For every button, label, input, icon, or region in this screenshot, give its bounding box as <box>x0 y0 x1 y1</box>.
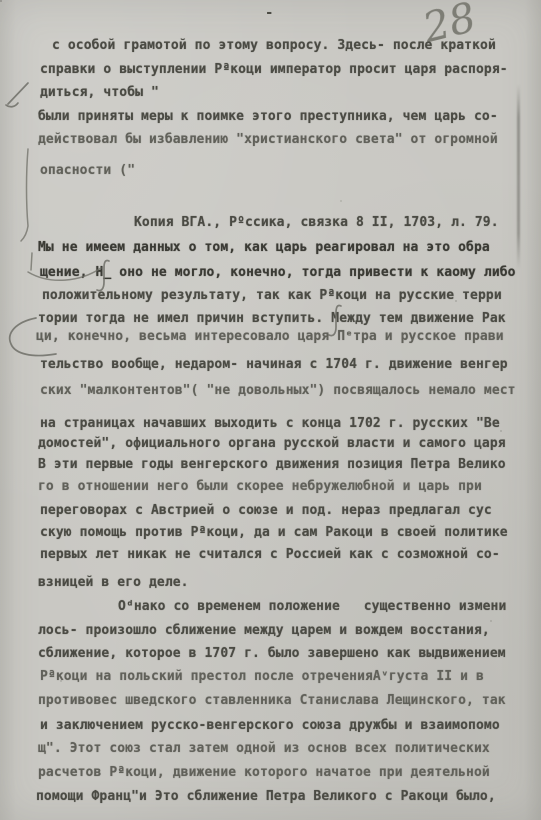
text-line: противовес шведского ставленника Станисл… <box>38 693 506 708</box>
text-line: ских "малконтентов"( "не довольных") пос… <box>40 383 516 398</box>
text-line: переговорах с Австрией о союзе и под. не… <box>40 503 492 518</box>
text-line: диться, чтобы " <box>40 85 159 100</box>
text-line: были приняты меры к поимке этого преступ… <box>38 109 498 124</box>
text-line: тельство вообще, недаром- начиная с 1704… <box>40 357 508 372</box>
text-line: первых лет никак не считался с Россией к… <box>40 547 500 562</box>
text-line: ци, конечно, весьма интересовало царя Пᵉ… <box>36 329 504 344</box>
text-line: Мы не имеем данных о том, как царь реаги… <box>38 240 490 255</box>
text-line: Копия ВГА., Рºссика, связка 8 II, 1703, … <box>134 215 499 230</box>
text-line: щ". Этот союз стал затем одной из основ … <box>38 741 490 756</box>
text-line: на страницах начавших выходить с конца 1… <box>40 416 500 431</box>
text-line: Оᵈнако со временем положение существенно… <box>118 599 506 614</box>
text-line: взницей в его деле. <box>38 575 189 590</box>
text-line: действовал бы избавлению "христианского … <box>38 132 498 147</box>
margin-angle-checkmark <box>1 81 31 109</box>
insertion-mark-before-Mezhdu <box>328 303 344 339</box>
text-line: расчетов Рªкоци, движение которого начат… <box>38 765 490 780</box>
margin-paren-curve <box>2 316 60 358</box>
typewritten-text-block: с особой грамотой по этому вопросу. Здес… <box>0 0 541 820</box>
text-line: справки о выступлении Рªкоци император п… <box>40 62 508 77</box>
text-line: помощи Франц"и Это сближение Петра Велик… <box>36 789 496 804</box>
text-line: сближение, которое в 1707 г. было заверш… <box>38 646 506 661</box>
paper-crease <box>517 84 520 270</box>
text-line: опасности (" <box>40 163 135 178</box>
text-line: скую помощь против Рªкоци, да и сам Рако… <box>40 525 508 540</box>
text-line: В эти первые годы венгерского движения п… <box>38 457 506 472</box>
margin-tick-and-underline-curve <box>25 250 105 286</box>
text-line: Рªкоци на польский престол после отречен… <box>40 669 484 684</box>
text-line: домостей", официального органа русской в… <box>38 436 506 451</box>
paper-speckles <box>0 0 2 2</box>
text-line: с особой грамотой по этому вопросу. Здес… <box>52 38 496 53</box>
text-line: тории тогда не имел причин вступить. Меж… <box>38 311 506 326</box>
text-line: го в отношении него были скорее небружел… <box>38 479 482 494</box>
document-page: - 28 с особой грамотой по этому вопросу.… <box>0 0 541 820</box>
insertion-mark-before-No <box>96 258 112 294</box>
text-line: лось- произошло сближение между царем и … <box>38 623 490 638</box>
text-line: и заключением русско-венгерского союза д… <box>40 718 500 733</box>
margin-vertical-line <box>20 148 34 243</box>
